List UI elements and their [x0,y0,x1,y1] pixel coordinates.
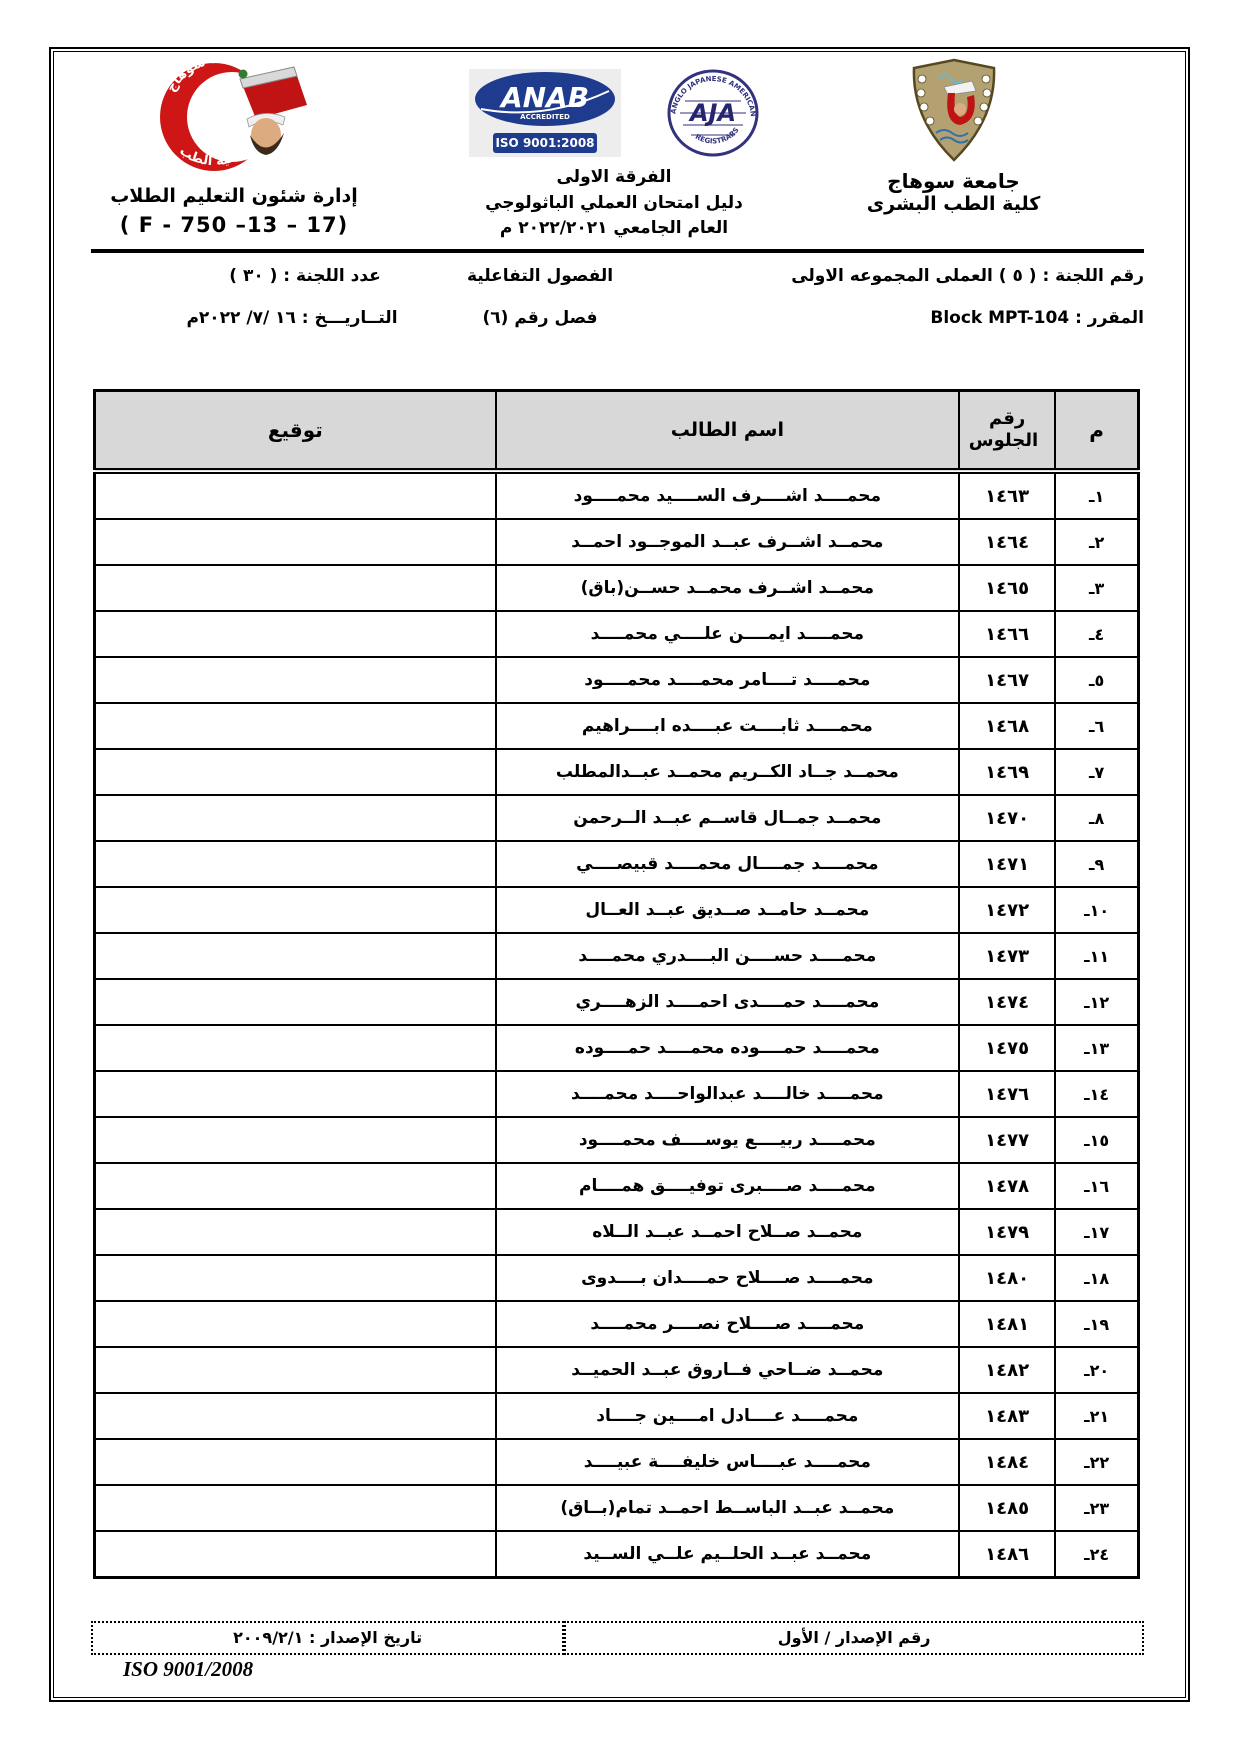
name-cell: محمــــد ربيــــع يوســــف محمــــود [496,1117,959,1163]
header-left-column: جامعة سوهاج كلية الطب إدارة شئون التعليم… [69,57,399,237]
signature-cell [95,1439,496,1485]
student-name-column-header: اسم الطالب [496,391,959,472]
table-row: ٦ـ١٤٦٨محمــــد ثابــــت عبــــده ابــــر… [95,703,1139,749]
index-cell: ١٧ـ [1055,1209,1138,1255]
faculty-name: كلية الطب البشرى [826,193,1081,215]
table-row: ٢١ـ١٤٨٣محمــــد عــــادل امــــين جــــا… [95,1393,1139,1439]
seat-cell: ١٤٦٨ [959,703,1055,749]
signature-cell [95,979,496,1025]
seat-cell: ١٤٦٤ [959,519,1055,565]
index-cell: ٢٢ـ [1055,1439,1138,1485]
exam-guide-line: دليل امتحان العملي الباثولوجي [449,191,779,217]
document-frame: جامعة سوهاج كلية الطب إدارة شئون التعليم… [49,47,1190,1702]
seat-cell: ١٤٧٥ [959,1025,1055,1071]
aja-logo-icon: ANGLO JAPANESE AMERICAN REGISTRARS AJA [667,69,759,157]
table-row: ١٢ـ١٤٧٤محمــــد حمــــدى احمــــد الزهــ… [95,979,1139,1025]
name-cell: محمــــد عــــادل امــــين جــــاد [496,1393,959,1439]
table-row: ١٠ـ١٤٧٢محمــد حامــد صــديق عبــد العــا… [95,887,1139,933]
seat-number-column-header: رقم الجلوس [959,391,1055,472]
university-name: جامعة سوهاج [826,169,1081,193]
table-row: ٩ـ١٤٧١محمــــد جمــــال محمــــد قبيصـــ… [95,841,1139,887]
index-cell: ١٥ـ [1055,1117,1138,1163]
seat-cell: ١٤٦٦ [959,611,1055,657]
index-cell: ٢٣ـ [1055,1485,1138,1531]
name-cell: محمــد جمــال قاســم عبــد الــرحمن [496,795,959,841]
name-cell: محمــد ضــاحي فــاروق عبــد الحميــد [496,1347,959,1393]
signature-cell [95,1071,496,1117]
seat-cell: ١٤٧١ [959,841,1055,887]
table-row: ١٨ـ١٤٨٠محمــــد صــــلاح حمــــدان بــــ… [95,1255,1139,1301]
student-table-body: ١ـ١٤٦٣محمــــد اشــــرف الســــيد محمـــ… [95,471,1139,1578]
table-row: ١٣ـ١٤٧٥محمــــد حمــــوده محمــــد حمـــ… [95,1025,1139,1071]
students-table-wrapper: م رقم الجلوس اسم الطالب توقيع ١ـ١٤٦٣محمـ… [93,389,1140,1579]
signature-cell [95,1485,496,1531]
seat-cell: ١٤٦٩ [959,749,1055,795]
crescent-faculty-logo-icon: جامعة سوهاج كلية الطب [144,57,324,175]
index-cell: ١٨ـ [1055,1255,1138,1301]
name-cell: محمــد اشــرف عبــد الموجــود احمــد [496,519,959,565]
students-table: م رقم الجلوس اسم الطالب توقيع ١ـ١٤٦٣محمـ… [93,389,1140,1579]
name-cell: محمــــد صــــلاح حمــــدان بــــدوى [496,1255,959,1301]
name-cell: محمــــد ثابــــت عبــــده ابــــراهيم [496,703,959,749]
signature-cell [95,471,496,519]
department-title: إدارة شئون التعليم الطلاب [69,185,399,207]
iso-certification-text: ISO 9001/2008 [123,1657,253,1682]
header-center-column: ANAB ACCREDITED ISO 9001:2008 ANGLO JAPA… [449,69,779,242]
index-cell: ١١ـ [1055,933,1138,979]
anab-logo-text: ANAB [499,81,589,114]
seat-cell: ١٤٧٨ [959,1163,1055,1209]
index-cell: ١٠ـ [1055,887,1138,933]
index-cell: ١٢ـ [1055,979,1138,1025]
index-cell: ٧ـ [1055,749,1138,795]
course-line: المقرر : Block MPT-104 [706,305,1144,331]
grade-line: الفرقة الاولى [449,165,779,191]
signature-cell [95,611,496,657]
seat-cell: ١٤٦٥ [959,565,1055,611]
table-row: ١٧ـ١٤٧٩محمــد صــلاح احمــد عبــد الــلا… [95,1209,1139,1255]
index-cell: ٢١ـ [1055,1393,1138,1439]
seat-cell: ١٤٦٧ [959,657,1055,703]
university-shield-logo-icon [908,57,1000,163]
table-row: ٢٣ـ١٤٨٥محمــد عبــد الباســط احمــد تمام… [95,1485,1139,1531]
accreditation-logos-row: ANAB ACCREDITED ISO 9001:2008 ANGLO JAPA… [449,69,779,159]
seat-cell: ١٤٨١ [959,1301,1055,1347]
seat-cell: ١٤٨٦ [959,1531,1055,1578]
index-cell: ٤ـ [1055,611,1138,657]
table-row: ٢ـ١٤٦٤محمــد اشــرف عبــد الموجــود احمـ… [95,519,1139,565]
name-cell: محمــد حامــد صــديق عبــد العــال [496,887,959,933]
signature-cell [95,1117,496,1163]
name-cell: محمــــد صــــبرى توفيــــق همــــام [496,1163,959,1209]
table-row: ١٤ـ١٤٧٦محمــــد خالــــد عبدالواحــــد م… [95,1071,1139,1117]
name-cell: محمــــد ايمــــن علــــي محمــــد [496,611,959,657]
name-cell: محمــد اشــرف محمــد حســن(باق) [496,565,959,611]
index-cell: ٩ـ [1055,841,1138,887]
index-cell: ١ـ [1055,471,1138,519]
interactive-classes-label: الفصول التفاعلية [434,263,646,289]
signature-cell [95,1025,496,1071]
seat-cell: ١٤٧٢ [959,887,1055,933]
academic-year-line: العام الجامعي ٢٠٢٢/٢٠٢١ م [449,216,779,242]
name-cell: محمــد عبــد الباســط احمــد تمام(بــاق) [496,1485,959,1531]
name-cell: محمــــد خالــــد عبدالواحــــد محمــــد [496,1071,959,1117]
table-row: ١٦ـ١٤٧٨محمــــد صــــبرى توفيــــق همـــ… [95,1163,1139,1209]
table-row: ١٥ـ١٤٧٧محمــــد ربيــــع يوســــف محمـــ… [95,1117,1139,1163]
anab-logo-icon: ANAB ACCREDITED ISO 9001:2008 [469,69,621,157]
table-row: ٢٤ـ١٤٨٦محمــد عبــد الحلــيم علــي الســ… [95,1531,1139,1578]
signature-cell [95,841,496,887]
signature-cell [95,749,496,795]
seat-cell: ١٤٧٧ [959,1117,1055,1163]
committee-number-line: رقم اللجنة : ( ٥ ) العملى المجموعه الاول… [706,263,1144,289]
anab-iso-text: ISO 9001:2008 [495,136,594,150]
table-row: ٤ـ١٤٦٦محمــــد ايمــــن علــــي محمــــد [95,611,1139,657]
signature-cell [95,1347,496,1393]
seat-number-header-label: رقم الجلوس [976,408,1038,453]
seat-cell: ١٤٧٣ [959,933,1055,979]
signature-cell [95,703,496,749]
anab-accredited-text: ACCREDITED [520,113,570,121]
index-cell: ٢ـ [1055,519,1138,565]
seat-cell: ١٤٧٩ [959,1209,1055,1255]
name-cell: محمــد جــاد الكــريم محمــد عبــدالمطلب [496,749,959,795]
name-cell: محمــــد صــــلاح نصــــر محمــــد [496,1301,959,1347]
name-cell: محمــــد جمــــال محمــــد قبيصــــي [496,841,959,887]
name-cell: محمــــد حمــــوده محمــــد حمــــوده [496,1025,959,1071]
signature-cell [95,1163,496,1209]
index-column-header: م [1055,391,1138,472]
name-cell: محمــــد حســــن البــــدري محمــــد [496,933,959,979]
signature-cell [95,1531,496,1578]
table-row: ١١ـ١٤٧٣محمــــد حســــن البــــدري محمــ… [95,933,1139,979]
name-cell: محمــد صــلاح احمــد عبــد الــلاه [496,1209,959,1255]
signature-cell [95,1255,496,1301]
index-cell: ١٣ـ [1055,1025,1138,1071]
seat-cell: ١٤٧٠ [959,795,1055,841]
index-cell: ٣ـ [1055,565,1138,611]
index-cell: ٦ـ [1055,703,1138,749]
seat-cell: ١٤٦٣ [959,471,1055,519]
table-row: ٥ـ١٤٦٧محمــــد تــــامر محمــــد محمــــ… [95,657,1139,703]
seat-cell: ١٤٧٦ [959,1071,1055,1117]
footer-strip: رقم الإصدار / الأول تاريخ الإصدار : ٢٠٠٩… [91,1621,1144,1655]
name-cell: محمــــد اشــــرف الســــيد محمــــود [496,471,959,519]
seat-cell: ١٤٧٤ [959,979,1055,1025]
seat-cell: ١٤٨٣ [959,1393,1055,1439]
index-cell: ٢٠ـ [1055,1347,1138,1393]
index-cell: ٥ـ [1055,657,1138,703]
name-cell: محمــــد تــــامر محمــــد محمــــود [496,657,959,703]
name-cell: محمــــد عبــــاس خليفــــة عبيــــد [496,1439,959,1485]
seat-cell: ١٤٨٤ [959,1439,1055,1485]
index-cell: ١٤ـ [1055,1071,1138,1117]
header-right-column: جامعة سوهاج كلية الطب البشرى [826,57,1081,215]
table-row: ٨ـ١٤٧٠محمــد جمــال قاســم عبــد الــرحم… [95,795,1139,841]
aja-main-text: AJA [688,99,736,127]
table-row: ٣ـ١٤٦٥محمــد اشــرف محمــد حســن(باق) [95,565,1139,611]
issue-number-box: رقم الإصدار / الأول [564,1621,1144,1655]
table-row: ٢٢ـ١٤٨٤محمــــد عبــــاس خليفــــة عبيــ… [95,1439,1139,1485]
index-cell: ١٩ـ [1055,1301,1138,1347]
form-code: ( F - 750 –13 – 17) [69,213,399,237]
seat-cell: ١٤٨٥ [959,1485,1055,1531]
name-cell: محمــد عبــد الحلــيم علــي الســيد [496,1531,959,1578]
table-row: ١ـ١٤٦٣محمــــد اشــــرف الســــيد محمـــ… [95,471,1139,519]
index-cell: ٢٤ـ [1055,1531,1138,1578]
name-cell: محمــــد حمــــدى احمــــد الزهــــري [496,979,959,1025]
signature-column-header: توقيع [95,391,496,472]
signature-cell [95,887,496,933]
signature-cell [95,933,496,979]
index-cell: ١٦ـ [1055,1163,1138,1209]
table-row: ١٩ـ١٤٨١محمــــد صــــلاح نصــــر محمــــ… [95,1301,1139,1347]
seat-cell: ١٤٨٠ [959,1255,1055,1301]
signature-cell [95,1209,496,1255]
seat-cell: ١٤٨٢ [959,1347,1055,1393]
exam-date-line: التــاريـــخ : ١٦ /٧/ ٢٠٢٢م [146,305,438,331]
table-row: ٢٠ـ١٤٨٢محمــد ضــاحي فــاروق عبــد الحمي… [95,1347,1139,1393]
signature-cell [95,1393,496,1439]
header-divider-line [91,249,1144,253]
signature-cell [95,565,496,611]
table-row: ٧ـ١٤٦٩محمــد جــاد الكــريم محمــد عبــد… [95,749,1139,795]
table-header-row: م رقم الجلوس اسم الطالب توقيع [95,391,1139,472]
signature-cell [95,1301,496,1347]
signature-cell [95,657,496,703]
committee-count-line: عدد اللجنة : ( ٣٠ ) [179,263,431,289]
index-cell: ٨ـ [1055,795,1138,841]
issue-date-box: تاريخ الإصدار : ٢٠٠٩/٢/١ [91,1621,564,1655]
class-number-line: فصل رقم (٦) [434,305,646,331]
signature-cell [95,795,496,841]
signature-cell [95,519,496,565]
